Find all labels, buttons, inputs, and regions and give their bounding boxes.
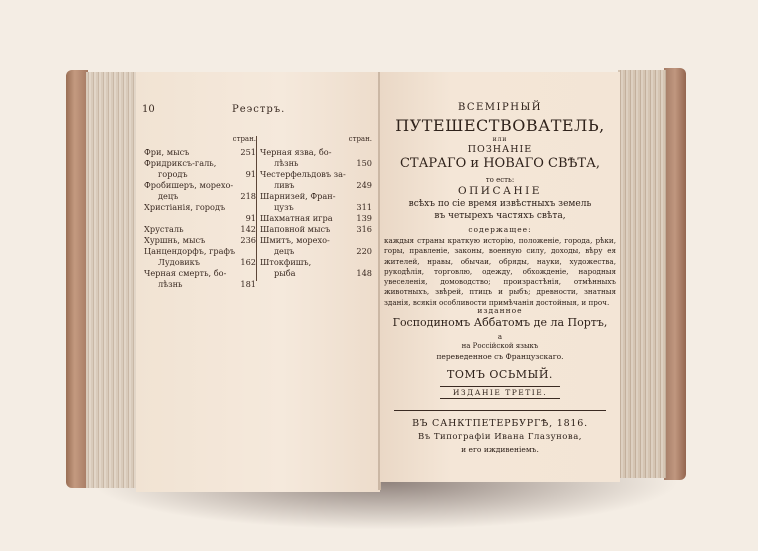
- index-entry-page: [253, 158, 256, 169]
- column-header: стран.: [144, 134, 256, 145]
- cover-right: [664, 68, 686, 480]
- title-subtitle: СТАРАГО и НОВАГО СВѢТА,: [380, 156, 620, 171]
- page-edges-right: [618, 70, 666, 478]
- index-entry-text: Черная смерть, бо-: [144, 268, 226, 279]
- index-entry: Штокфишъ,: [260, 257, 372, 268]
- conjunction: а: [380, 333, 620, 341]
- index-entry-text: Фробишеръ, морехо-: [144, 180, 233, 191]
- index-entry-text: Лудовикъ: [158, 257, 200, 268]
- index-entry-page: [369, 169, 372, 180]
- index-entry: Хуршнь, мысъ236: [144, 235, 256, 246]
- index-entry-text: Фридриксъ-галь,: [144, 158, 216, 169]
- contents-description: каждыя страны краткую исторію, положеніе…: [384, 236, 616, 308]
- index-entry-page: [369, 191, 372, 202]
- index-column-right: стран. Черная язва, бо-лѣзнь150Честерфел…: [260, 134, 372, 279]
- index-entry: Фробишеръ, морехо-: [144, 180, 256, 191]
- title-line: всѣхъ по сіе время извѣстныхъ земель: [380, 199, 620, 209]
- index-entry-page: 311: [353, 202, 372, 213]
- page-number: 10: [142, 104, 155, 115]
- index-entry-text: рыба: [274, 268, 296, 279]
- index-entry-text: децъ: [274, 246, 294, 257]
- index-entry-page: 218: [237, 191, 256, 202]
- column-divider: [256, 136, 257, 281]
- index-entry: лѣзнь150: [260, 158, 372, 169]
- index-entry-text: лѣзнь: [158, 279, 183, 290]
- index-entry: рыба148: [260, 268, 372, 279]
- index-entry-page: 139: [353, 213, 372, 224]
- index-entry: Христіанія, городъ: [144, 202, 256, 213]
- index-entry-page: 148: [353, 268, 372, 279]
- volume: ТОМЪ ОСЬМЫЙ.: [380, 368, 620, 381]
- index-entry-text: децъ: [158, 191, 178, 202]
- title-line: въ четырехъ частяхъ свѣта,: [380, 211, 620, 221]
- index-entry-text: цузъ: [274, 202, 294, 213]
- index-entry-text: городъ: [158, 169, 188, 180]
- index-entry: Лудовикъ162: [144, 257, 256, 268]
- index-entry-page: 236: [237, 235, 256, 246]
- title-page: ВСЕМІРНЫЙ ПУТЕШЕСТВОВАТЕЛЬ, или ПОЗНАНІЕ…: [380, 72, 620, 482]
- index-entry-page: 249: [353, 180, 372, 191]
- cover-left: [66, 70, 88, 488]
- index-entry-page: 162: [237, 257, 256, 268]
- rule: [394, 410, 606, 411]
- page-edges-left: [86, 72, 136, 488]
- index-entry-text: Штокфишъ,: [260, 257, 311, 268]
- published-label: изданное: [380, 306, 620, 315]
- index-entry-page: 316: [353, 224, 372, 235]
- index-entry-page: 142: [237, 224, 256, 235]
- index-entry-text: Черная язва, бо-: [260, 147, 331, 158]
- index-entry-text: Шаповной мысъ: [260, 224, 330, 235]
- title-line: ВСЕМІРНЫЙ: [380, 102, 620, 113]
- author: Господиномъ Аббатомъ де ла Портъ,: [380, 316, 620, 329]
- title-main: ПУТЕШЕСТВОВАТЕЛЬ,: [380, 116, 620, 135]
- index-entry-page: [369, 235, 372, 246]
- index-entry-text: Честерфельдовъ за-: [260, 169, 346, 180]
- index-entry-text: Цанцендорфъ, графъ: [144, 246, 235, 257]
- imprint-press: Въ Типографіи Ивана Глазунова,: [380, 432, 620, 442]
- column-header: стран.: [260, 134, 372, 145]
- left-page: 10 Реэстръ. стран. Фри, мысъ251Фридриксъ…: [136, 72, 380, 492]
- index-entry: Черная язва, бо-: [260, 147, 372, 158]
- index-entry: Хрусталь142: [144, 224, 256, 235]
- index-entry: Фри, мысъ251: [144, 147, 256, 158]
- index-entry: децъ218: [144, 191, 256, 202]
- index-entry-page: 251: [237, 147, 256, 158]
- index-entry-text: Шарнизей, Фран-: [260, 191, 336, 202]
- index-entry: Цанцендорфъ, графъ: [144, 246, 256, 257]
- index-entry: Черная смерть, бо-: [144, 268, 256, 279]
- index-entry: Шарнизей, Фран-: [260, 191, 372, 202]
- translation-line: переведенное съ Французскаго.: [380, 352, 620, 361]
- edition: ИЗДАНІЕ ТРЕТІЕ.: [440, 386, 560, 399]
- index-entry-page: [253, 180, 256, 191]
- open-book: 10 Реэстръ. стран. Фри, мысъ251Фридриксъ…: [66, 66, 686, 496]
- index-entry: 91: [144, 213, 256, 224]
- index-entry-page: [253, 268, 256, 279]
- index-entry-page: [253, 246, 256, 257]
- index-entry-text: лѣзнь: [274, 158, 299, 169]
- index-entry-page: 220: [353, 246, 372, 257]
- index-entry-text: Хуршнь, мысъ: [144, 235, 205, 246]
- index-entry-page: 150: [353, 158, 372, 169]
- index-entry-text: Шмитъ, морехо-: [260, 235, 330, 246]
- index-entry-text: Хрусталь: [144, 224, 184, 235]
- index-entry-page: 181: [237, 279, 256, 290]
- translation-line: на Россійской языкъ: [380, 342, 620, 350]
- title-line: то есть:: [380, 176, 620, 184]
- index-column-left: стран. Фри, мысъ251Фридриксъ-галь,городъ…: [144, 134, 256, 290]
- index-entry: Шахматная игра139: [260, 213, 372, 224]
- index-entry: ливъ249: [260, 180, 372, 191]
- index-entry-page: [253, 202, 256, 213]
- index-entry-page: [369, 257, 372, 268]
- index-entry-text: ливъ: [274, 180, 294, 191]
- index-entry: Шмитъ, морехо-: [260, 235, 372, 246]
- imprint-city: ВЪ САНКТПЕТЕРБУРГѢ, 1816.: [380, 418, 620, 429]
- index-entry-text: Христіанія, городъ: [144, 202, 225, 213]
- index-entry-text: Шахматная игра: [260, 213, 333, 224]
- imprint-cost: и его иждивеніемъ.: [380, 445, 620, 454]
- title-line: ПОЗНАНІЕ: [380, 144, 620, 155]
- title-line: ОПИСАНІЕ: [380, 185, 620, 197]
- running-head-title: Реэстръ.: [232, 104, 285, 115]
- index-entry-page: [369, 147, 372, 158]
- index-entry: Честерфельдовъ за-: [260, 169, 372, 180]
- index-entry: цузъ311: [260, 202, 372, 213]
- index-entry-page: 91: [243, 169, 256, 180]
- index-entry: Фридриксъ-галь,: [144, 158, 256, 169]
- index-entry: городъ91: [144, 169, 256, 180]
- index-entry: Шаповной мысъ316: [260, 224, 372, 235]
- index-entry: лѣзнь181: [144, 279, 256, 290]
- title-line: содержащее:: [380, 225, 620, 234]
- index-entry: децъ220: [260, 246, 372, 257]
- index-entry-page: 91: [243, 213, 256, 224]
- index-entry-text: Фри, мысъ: [144, 147, 189, 158]
- title-line: или: [380, 136, 620, 143]
